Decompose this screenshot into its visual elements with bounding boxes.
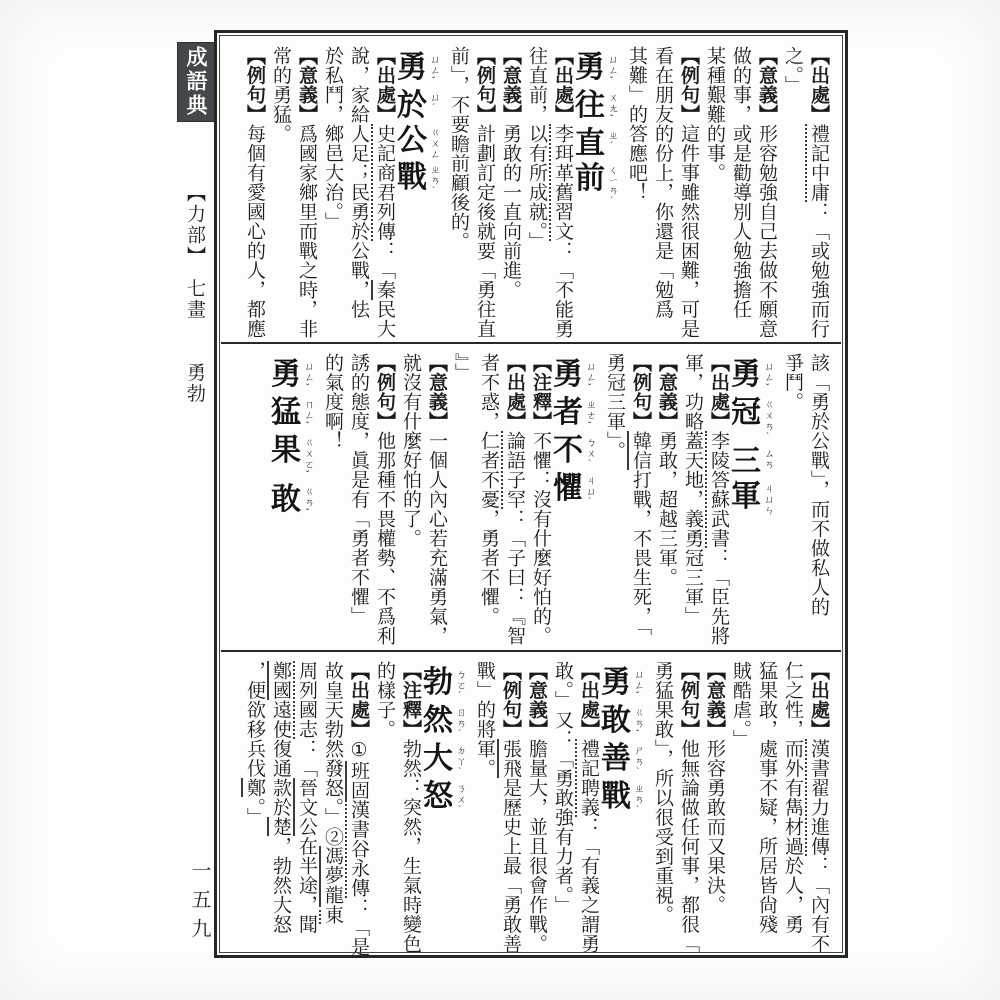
- field-label: 【出處】: [808, 46, 829, 124]
- book-title-marked-text: 論語子罕: [501, 431, 525, 509]
- body-text: 的氣度啊！: [322, 353, 343, 451]
- body-text: 爲國家鄉里而戰之時，非: [296, 124, 317, 339]
- field-label: 【例句】: [474, 46, 495, 124]
- headword-char: 勇ㄩㄥˇ: [731, 357, 779, 395]
- page: 成語典 【力部】 七畫 勇勃 一五九 【出處】禮記中庸：「或勉強而行之。」【意義…: [0, 0, 1000, 1000]
- zhuyin-annotation: ㄩㄥˇ: [761, 361, 773, 395]
- headword-char: 戰ㄓㄢˋ: [397, 160, 445, 198]
- headword-entry: 勃ㄅㄛˊ然ㄖㄢˊ大ㄉㄚˋ怒ㄋㄨˋ: [423, 665, 471, 817]
- proper-name-marked-text: 秦: [371, 280, 395, 300]
- text-column: 【意義】勇敢，超越三軍。: [653, 353, 679, 646]
- body-text: 該「勇於公戰」，而不做私人的: [808, 353, 829, 617]
- headword-glyph: 然: [423, 703, 453, 738]
- headword-glyph: 勇: [397, 50, 427, 85]
- headword-char: 勇ㄩㄥˇ: [575, 50, 623, 88]
- text-column: 【出處】漢書翟力進傳：「內有不: [805, 661, 831, 957]
- text-column: 的氣度啊！: [319, 353, 345, 646]
- headword-char: 於ㄩˊ: [397, 88, 445, 123]
- book-title-marked-text: 禮記中庸: [805, 124, 829, 202]
- field-label: 【意義】: [296, 46, 317, 124]
- headword-glyph: 往: [575, 88, 605, 123]
- body-text: 前」，不要瞻前顧後的。: [448, 46, 469, 251]
- zhuyin-annotation: ㄍㄨㄥ: [427, 127, 439, 160]
- page-number: 一五九: [185, 860, 214, 947]
- body-text: 就沒有什麼好怕的了。: [400, 353, 421, 548]
- body-text: 每個有愛國心的人，都應: [244, 124, 265, 339]
- proper-name-marked-text: 馮夢龍: [319, 846, 343, 905]
- headword-char: 然ㄖㄢˊ: [423, 703, 471, 741]
- book-title-marked-text: 史記商君列傳: [371, 124, 395, 241]
- field-label: 【例句】: [374, 353, 395, 431]
- headword-glyph: 勇: [271, 357, 301, 392]
- zhuyin-annotation: ㄋㄨˋ: [453, 783, 465, 817]
- headword-glyph: 懼: [553, 471, 583, 506]
- book-title-marked-text: 周列國志: [293, 661, 317, 739]
- body-text: 往直前，以有所成就。」: [526, 46, 547, 251]
- text-column: 該「勇於公戰」，而不做私人的: [805, 353, 831, 646]
- body-text: 勇冠三軍」。: [604, 353, 625, 461]
- body-text: 在半途，聞: [296, 836, 317, 934]
- field-label: 【注釋】: [530, 353, 551, 431]
- text-column: 做的事，或是勸導別人勉強擔任: [727, 46, 753, 338]
- field-label: 【出處】: [552, 46, 573, 124]
- text-column: 戰」的將軍。: [471, 661, 497, 957]
- zhuyin-annotation: ㄕㄢˋ: [631, 745, 643, 779]
- zhuyin-annotation: ㄩˊ: [427, 92, 439, 115]
- headword-glyph: 勇: [553, 357, 583, 392]
- headword-glyph: 軍: [731, 479, 761, 514]
- text-column: 【注釋】勃然：突然，生氣時變色: [397, 661, 423, 957]
- zhuyin-annotation: ㄍㄨㄛˇ: [301, 437, 313, 482]
- headword-glyph: 果: [271, 433, 301, 468]
- body-text: ：「不能勇: [552, 241, 573, 339]
- field-label: 【意義】: [526, 661, 547, 739]
- text-column: 【例句】他無論做任何事，都很「: [675, 661, 701, 957]
- body-text: 。」: [244, 797, 265, 827]
- text-column: 【例句】每個有愛國心的人，都應: [241, 46, 267, 338]
- body-text: 之。」: [782, 46, 803, 95]
- field-label: 【例句】: [630, 353, 651, 431]
- text-column: 爭鬥。: [779, 353, 805, 646]
- proper-name-marked-text: 張飛: [497, 739, 521, 778]
- zhuyin-annotation: ㄖㄢˊ: [453, 707, 465, 741]
- headword-entry: 勇ㄩㄥˇ於ㄩˊ公ㄍㄨㄥ戰ㄓㄢˋ: [397, 50, 445, 198]
- text-column: 【注釋】不懼：沒有什麼好怕的。: [527, 353, 553, 646]
- zhuyin-annotation: ㄩㄥˇ: [583, 361, 595, 395]
- headword-char: 善ㄕㄢˋ: [601, 741, 649, 779]
- body-text: 形容勉強自己去做不願意: [756, 124, 777, 339]
- body-text: 他無論做任何事，都很「: [678, 739, 699, 954]
- text-column: 其難」的答應吧！: [623, 46, 649, 338]
- zhuyin-annotation: ㄩㄥˇ: [631, 669, 643, 703]
- zhuyin-annotation: ㄅㄨˋ: [583, 437, 595, 471]
- text-column: 勇猛果敢」，所以很受到重視。: [649, 661, 675, 957]
- field-label: 【例句】: [244, 46, 265, 124]
- text-column: 敢。」又：「勇敢強有力者。」: [549, 661, 575, 957]
- text-column: 者不惑，仁者不憂，勇者不懼。: [475, 353, 501, 646]
- headword-char: 勇ㄩㄥˇ: [601, 665, 649, 703]
- headword-char: 勇ㄩㄥˇ: [397, 50, 445, 88]
- text-column: 就沒有什麼好怕的了。: [397, 353, 423, 646]
- headword-char: 勇ㄩㄥˇ: [271, 357, 319, 395]
- text-column: 於私鬥，鄉邑大治。」: [319, 46, 345, 338]
- zhuyin-annotation: ㄇㄥˇ: [301, 399, 313, 433]
- zhuyin-annotation: ㄙㄢ: [761, 448, 773, 470]
- body-text: 其難」的答應吧！: [626, 46, 647, 202]
- headword-char: 冠ㄍㄨㄢˋ: [731, 395, 779, 444]
- field-label: 【意義】: [704, 661, 725, 739]
- dictionary-title: 成語典: [177, 42, 215, 122]
- headword-glyph: 前: [575, 161, 605, 196]
- body-text: ：「有義之謂勇: [578, 817, 599, 954]
- headword-char: 勃ㄅㄛˊ: [423, 665, 471, 703]
- field-label: 【出處】: [348, 661, 369, 739]
- text-column: 【例句】這件事雖然很困難，可是: [675, 46, 701, 338]
- headword-entry: 勇ㄩㄥˇ往ㄨㄤˇ直ㄓˊ前ㄑㄧㄢˊ: [575, 50, 623, 208]
- body-text: 賊酷虐。」: [730, 661, 751, 749]
- proper-name-marked-text: 鄭: [241, 778, 265, 798]
- text-column: 仁之性，而外有雋材過於人，勇: [779, 661, 805, 957]
- body-text: 說，家給人足；民勇於公戰，怯: [348, 46, 369, 319]
- text-column: 【例句】計劃訂定後就要「勇往直: [471, 46, 497, 338]
- text-column: 【例句】張飛是歷史上最「勇敢善: [497, 661, 523, 957]
- zhuyin-annotation: ㄨㄤˇ: [605, 92, 617, 126]
- text-column: 看在朋友的份上，你還是「勉爲: [649, 46, 675, 338]
- field-label: 【意義】: [426, 353, 447, 431]
- body-text: 敢。」又：「勇敢強有力者。」: [552, 661, 573, 915]
- text-column: 前」，不要瞻前顧後的。: [445, 46, 471, 338]
- body-text: ：「: [374, 241, 395, 280]
- headword-glyph: 敢: [271, 482, 301, 517]
- text-column: 【意義】一個人內心若充滿勇氣，: [423, 353, 449, 646]
- text-column: 往直前，以有所成就。」: [523, 46, 549, 338]
- text-column: 猛果敢，處事不疑，所居皆尙殘: [753, 661, 779, 957]
- headword-char: 懼ㄐㄩˋ: [553, 471, 601, 509]
- headword-glyph: 善: [601, 741, 631, 776]
- text-column: 【意義】爲國家鄉里而戰之時，非: [293, 46, 319, 338]
- zhuyin-annotation: ㄓˊ: [605, 130, 617, 153]
- book-title-marked-text: 漢書谷永傳: [345, 800, 369, 898]
- body-text: 計劃訂定後就要「勇往直: [474, 124, 495, 339]
- body-text: ：「內有不: [808, 856, 829, 954]
- body-text: 這件事雖然很困難，可是: [678, 124, 699, 339]
- field-label: 【例句】: [500, 661, 521, 739]
- body-text: 軍，功略蓋天地，義勇冠三軍」: [682, 353, 703, 626]
- body-text: 』」: [452, 353, 473, 383]
- text-column: 【出處】李珥革舊習文：「不能勇: [549, 46, 575, 338]
- body-text: 形容勇敢而又果決。: [704, 739, 725, 915]
- body-text: 戰」的將軍。: [474, 661, 495, 778]
- headword-char: 往ㄨㄤˇ: [575, 88, 623, 126]
- book-title-marked-text: 東: [319, 905, 343, 925]
- field-label: 【出處】: [578, 661, 599, 739]
- field-label: 【注釋】: [400, 661, 421, 739]
- proper-name-marked-text: 鄭國: [267, 661, 291, 700]
- text-column: ，便欲移兵伐鄭。」: [241, 661, 267, 957]
- headword-char: 軍ㄐㄩㄣ: [731, 479, 779, 516]
- headword-glyph: 猛: [271, 395, 301, 430]
- headword-char: 大ㄉㄚˋ: [423, 741, 471, 779]
- headword-glyph: 於: [397, 88, 427, 123]
- body-text: 勃然：突然，生氣時變色: [400, 739, 421, 954]
- proper-name-marked-text: 韓信: [627, 431, 651, 470]
- body-text: ①: [348, 739, 369, 762]
- text-column: 【出處】禮記中庸：「或勉強而行: [805, 46, 831, 338]
- body-text: ：「臣先將: [708, 548, 729, 646]
- body-text: 的樣子。: [374, 661, 395, 739]
- body-text: 誘的態度，眞是有「勇者不懼」: [348, 353, 369, 626]
- headword-char: 戰ㄓㄢˋ: [601, 779, 649, 817]
- headword-glyph: 敢: [601, 703, 631, 738]
- headword-glyph: 戰: [601, 779, 631, 814]
- headword-char: 猛ㄇㄥˇ: [271, 395, 319, 433]
- headword-entry: 勇ㄩㄥˇ冠ㄍㄨㄢˋ三ㄙㄢ軍ㄐㄩㄣ: [731, 357, 779, 516]
- zhuyin-annotation: ㄓㄜˇ: [583, 399, 595, 433]
- headword-glyph: 三: [731, 444, 761, 479]
- text-column: 【意義】膽量大，並且很會作戰。: [523, 661, 549, 957]
- field-label: 【出處】: [374, 46, 395, 124]
- field-label: 【例句】: [678, 661, 699, 739]
- zhuyin-annotation: ㄐㄩˋ: [583, 475, 595, 509]
- column-band-top: 【出處】禮記中庸：「或勉強而行之。」【意義】形容勉強自己去做不願意做的事，或是勸…: [221, 37, 841, 342]
- text-column: 常的勇猛。: [267, 46, 293, 338]
- body-text: 遠使復通款於: [270, 700, 291, 817]
- field-label: 【出處】: [708, 353, 729, 431]
- headword-char: 果ㄍㄨㄛˇ: [271, 433, 319, 482]
- headword-char: 公ㄍㄨㄥ: [397, 123, 445, 160]
- text-column: 【出處】史記商君列傳：「秦民大: [371, 46, 397, 338]
- proper-name-marked-text: 班固: [345, 761, 369, 800]
- headword-char: 直ㄓˊ: [575, 126, 623, 161]
- body-text: 於私鬥，鄉邑大治。」: [322, 46, 343, 232]
- text-column: 鄭國遠使復通款於楚，勃然大怒: [267, 661, 293, 957]
- body-text: 勇敢，超越三軍。: [656, 431, 677, 587]
- headword-glyph: 勇: [575, 50, 605, 85]
- column-band-middle: 該「勇於公戰」，而不做私人的爭鬥。勇ㄩㄥˇ冠ㄍㄨㄢˋ三ㄙㄢ軍ㄐㄩㄣ【出處】李陵答…: [221, 342, 841, 650]
- text-column: 周列國志：「晉文公在半途，聞: [293, 661, 319, 957]
- headword-glyph: 勃: [423, 665, 453, 700]
- body-text: ：「是: [348, 898, 369, 957]
- body-text: ：「子曰：『智: [504, 509, 525, 646]
- body-text: ，勃然大怒: [270, 836, 291, 934]
- text-column: 【例句】他那種不畏權勢、不爲利: [371, 353, 397, 646]
- text-column: 故皇天勃然發怒。」②馮夢龍東: [319, 661, 345, 957]
- body-text: 一個人內心若充滿勇氣，: [426, 431, 447, 646]
- field-label: 【意義】: [656, 353, 677, 431]
- zhuyin-annotation: ㄍㄨㄢˋ: [761, 399, 773, 444]
- body-text: 是歷史上最「勇敢善: [500, 778, 521, 954]
- headword-glyph: 怒: [423, 779, 453, 814]
- body-text: 勇敢的一直向前進。: [500, 124, 521, 300]
- body-text: ：「或勉強而行: [808, 202, 829, 339]
- body-text: 膽量大，並且很會作戰。: [526, 739, 547, 954]
- text-column: 【出處】論語子罕：「子曰：『智: [501, 353, 527, 646]
- headword-char: 敢ㄍㄢˇ: [271, 482, 319, 520]
- body-text: 爭鬥。: [782, 353, 803, 412]
- text-column: 【出處】李陵答蘇武書：「臣先將: [705, 353, 731, 646]
- zhuyin-annotation: ㄩㄥˇ: [301, 361, 313, 395]
- headword-glyph: 大: [423, 741, 453, 776]
- zhuyin-annotation: ㄅㄛˊ: [453, 669, 465, 703]
- headword-glyph: 公: [397, 123, 427, 158]
- text-column: 軍，功略蓋天地，義勇冠三軍」: [679, 353, 705, 646]
- headword-char: 三ㄙㄢ: [731, 444, 779, 479]
- text-column: 之。」: [779, 46, 805, 338]
- body-text: 勇猛果敢」，所以很受到重視。: [652, 661, 673, 925]
- zhuyin-annotation: ㄍㄢˇ: [301, 486, 313, 520]
- zhuyin-annotation: ㄍㄢˇ: [631, 707, 643, 741]
- body-text: 仁之性，而外有雋材過於人，勇: [782, 661, 803, 934]
- headword-char: 者ㄓㄜˇ: [553, 395, 601, 433]
- headword-char: 怒ㄋㄨˋ: [423, 779, 471, 817]
- body-text: 某種艱難的事。: [704, 46, 725, 183]
- headword-glyph: 勇: [731, 357, 761, 392]
- headword-char: 勇ㄩㄥˇ: [553, 357, 601, 395]
- headword-glyph: 不: [553, 433, 583, 468]
- text-column: 』」: [449, 353, 475, 646]
- text-column: 說，家給人足；民勇於公戰，怯: [345, 46, 371, 338]
- headword-char: 前ㄑㄧㄢˊ: [575, 161, 623, 208]
- text-column: 誘的態度，眞是有「勇者不懼」: [345, 353, 371, 646]
- text-column: 【意義】勇敢的一直向前進。: [497, 46, 523, 338]
- radical-section-tab: 【力部】 七畫 勇勃: [181, 183, 208, 405]
- text-column: 【意義】形容勇敢而又果決。: [701, 661, 727, 957]
- book-title-marked-text: 李陵答蘇武書: [705, 431, 729, 548]
- headword-char: 敢ㄍㄢˇ: [601, 703, 649, 741]
- field-label: 【出處】: [504, 353, 525, 431]
- zhuyin-annotation: ㄓㄢˋ: [631, 783, 643, 817]
- body-text: 看在朋友的份上，你還是「勉爲: [652, 46, 673, 319]
- proper-name-marked-text: 楚: [267, 817, 291, 837]
- book-title-marked-text: 李珥革舊習文: [549, 124, 573, 241]
- book-title-marked-text: 漢書翟力進傳: [805, 739, 829, 856]
- text-column: 【意義】形容勉強自己去做不願意: [753, 46, 779, 338]
- headword-entry: 勇ㄩㄥˇ者ㄓㄜˇ不ㄅㄨˋ懼ㄐㄩˋ: [553, 357, 601, 509]
- zhuyin-annotation: ㄓㄢˋ: [427, 164, 439, 198]
- field-label: 【例句】: [678, 46, 699, 124]
- headword-glyph: 者: [553, 395, 583, 430]
- body-text: 他那種不畏權勢、不爲利: [374, 431, 395, 646]
- body-text: 者不惑，仁者不憂，勇者不懼。: [478, 353, 499, 626]
- zhuyin-annotation: ㄉㄚˋ: [453, 745, 465, 779]
- body-text: 做的事，或是勸導別人勉強擔任: [730, 46, 751, 319]
- body-text: ，便欲移兵伐: [244, 661, 265, 778]
- page-frame: 【出處】禮記中庸：「或勉強而行之。」【意義】形容勉強自己去做不願意做的事，或是勸…: [214, 30, 848, 958]
- headword-entry: 勇ㄩㄥˇ猛ㄇㄥˇ果ㄍㄨㄛˇ敢ㄍㄢˇ: [271, 357, 319, 520]
- text-column: 某種艱難的事。: [701, 46, 727, 338]
- proper-name-marked-text: 晉文公: [293, 778, 317, 837]
- headword-glyph: 直: [575, 126, 605, 161]
- zhuyin-annotation: ㄩㄥˇ: [605, 54, 617, 88]
- zhuyin-annotation: ㄑㄧㄢˊ: [605, 165, 617, 208]
- headword-glyph: 戰: [397, 160, 427, 195]
- zhuyin-annotation: ㄐㄩㄣ: [761, 483, 773, 516]
- field-label: 【意義】: [756, 46, 777, 124]
- headword-glyph: 冠: [731, 395, 761, 430]
- text-column: 勇冠三軍」。: [601, 353, 627, 646]
- headword-entry: 勇ㄩㄥˇ敢ㄍㄢˇ善ㄕㄢˋ戰ㄓㄢˋ: [601, 665, 649, 817]
- body-text: 常的勇猛。: [270, 46, 291, 144]
- text-column: 賊酷虐。」: [727, 661, 753, 957]
- body-text: ：「: [296, 739, 317, 778]
- headword-glyph: 勇: [601, 665, 631, 700]
- body-text: 不懼：沒有什麼好怕的。: [530, 431, 551, 646]
- body-text: 打戰，不畏生死，「: [630, 470, 651, 636]
- book-title-marked-text: 禮記聘義: [575, 739, 599, 817]
- text-column: 【出處】①班固漢書谷永傳：「是: [345, 661, 371, 957]
- text-column: 【出處】禮記聘義：「有義之謂勇: [575, 661, 601, 957]
- field-label: 【出處】: [808, 661, 829, 739]
- body-text: 猛果敢，處事不疑，所居皆尙殘: [756, 661, 777, 934]
- column-band-bottom: 【出處】漢書翟力進傳：「內有不仁之性，而外有雋材過於人，勇猛果敢，處事不疑，所居…: [221, 650, 841, 961]
- field-label: 【意義】: [500, 46, 521, 124]
- text-column: 【例句】韓信打戰，不畏生死，「: [627, 353, 653, 646]
- zhuyin-annotation: ㄩㄥˇ: [427, 54, 439, 88]
- body-text: 故皇天勃然發怒。」②: [322, 661, 343, 847]
- text-column: 的樣子。: [371, 661, 397, 957]
- body-text: 民大: [374, 300, 395, 339]
- headword-char: 不ㄅㄨˋ: [553, 433, 601, 471]
